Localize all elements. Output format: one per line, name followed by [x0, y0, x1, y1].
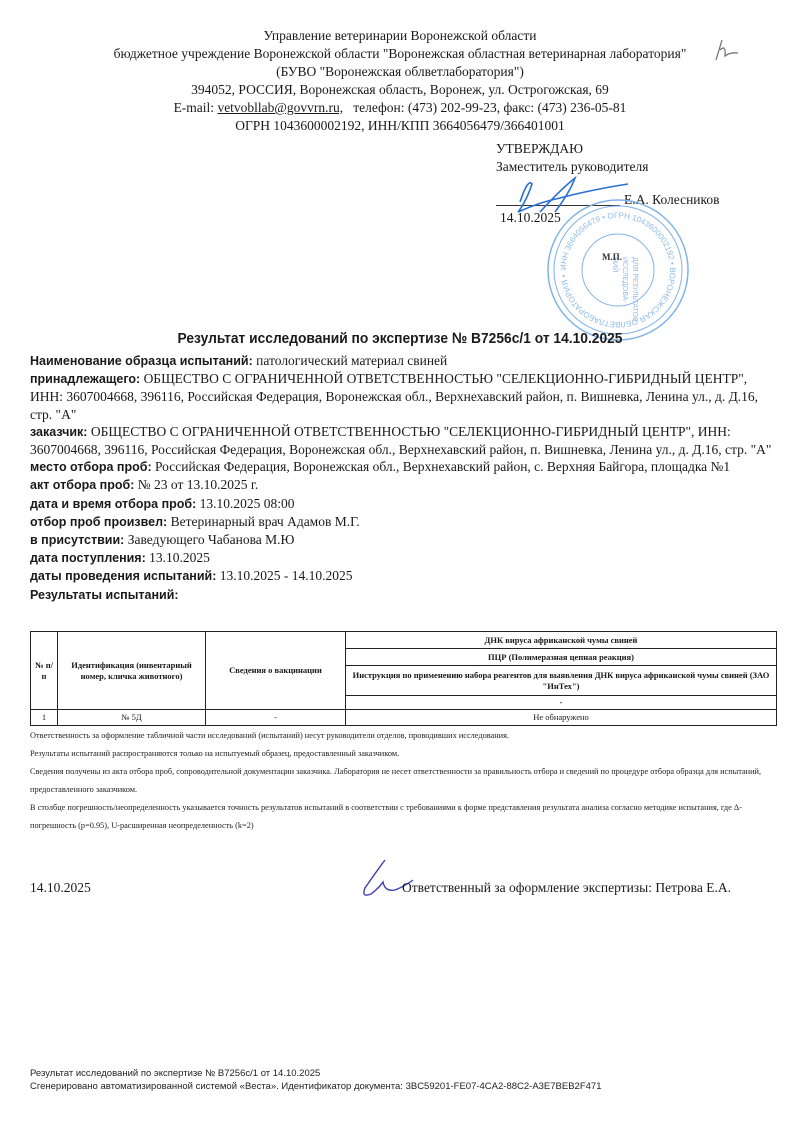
info-test-dates: даты проведения испытаний: 13.10.2025 - … — [30, 567, 780, 585]
table-header-row: № п/п Идентификация (инвентарный номер, … — [31, 632, 777, 649]
phone-fax: телефон: (473) 202-99-23, факс: (473) 23… — [353, 100, 626, 115]
header-contacts: E-mail: vetvobllab@govvrn.ru, телефон: (… — [0, 99, 800, 117]
email-link[interactable]: vetvobllab@govvrn.ru, — [217, 100, 343, 115]
header-analyte: ДНК вируса африканской чумы свиней — [346, 632, 777, 649]
document-title: Результат исследований по экспертизе № В… — [32, 330, 768, 347]
responsible-person: Ответственный за оформление экспертизы: … — [402, 880, 731, 896]
header-units: - — [346, 696, 777, 710]
header-ministry: Управление ветеринарии Воронежской облас… — [0, 27, 800, 45]
note-source: Сведения получены из акта отбора проб, с… — [30, 763, 780, 799]
official-stamp-icon: ИНН 3664056479 • ОГРН 1043600002192 • ВО… — [543, 195, 693, 345]
header-address: 394052, РОССИЯ, Воронежская область, Вор… — [0, 81, 800, 99]
info-sampled-by: отбор проб произвел: Ветеринарный врач А… — [30, 513, 780, 531]
cell-num: 1 — [31, 710, 58, 726]
info-customer: заказчик: ОБЩЕСТВО С ОГРАНИЧЕННОЙ ОТВЕТС… — [30, 423, 780, 458]
info-sampling-place: место отбора проб: Российская Федерация,… — [30, 458, 780, 476]
note-scope: Результаты испытаний распространяются то… — [30, 745, 780, 763]
disclaimer-notes: Ответственность за оформление табличной … — [30, 727, 780, 835]
cell-id: № 5Д — [58, 710, 206, 726]
info-sample-name: Наименование образца испытаний: патологи… — [30, 352, 780, 370]
header-ogrn-inn: ОГРН 1043600002192, ИНН/КПП 3664056479/3… — [0, 117, 800, 135]
email-label: E-mail: — [174, 100, 215, 115]
header-org-name: бюджетное учреждение Воронежской области… — [0, 45, 800, 63]
header-vaccination: Сведения о вакцинации — [206, 632, 346, 710]
sample-info: Наименование образца испытаний: патологи… — [30, 352, 780, 604]
header-identification: Идентификация (инвентарный номер, кличка… — [58, 632, 206, 710]
org-header: Управление ветеринарии Воронежской облас… — [0, 27, 800, 135]
info-sampling-datetime: дата и время отбора проб: 13.10.2025 08:… — [30, 495, 780, 513]
info-results-heading: Результаты испытаний: — [30, 586, 780, 604]
issue-date: 14.10.2025 — [30, 880, 91, 896]
table-row: 1 № 5Д - Не обнаружено — [31, 710, 777, 726]
page-footer: Результат исследований по экспертизе № В… — [30, 1067, 602, 1093]
footer-doc-id: Сгенерировано автоматизированной системо… — [30, 1080, 602, 1093]
info-owner: принадлежащего: ОБЩЕСТВО С ОГРАНИЧЕННОЙ … — [30, 370, 780, 423]
note-responsibility: Ответственность за оформление табличной … — [30, 727, 780, 745]
header-instruction: Инструкция по применению набора реагенто… — [346, 666, 777, 696]
header-num: № п/п — [31, 632, 58, 710]
results-table: № п/п Идентификация (инвентарный номер, … — [30, 631, 777, 726]
header-org-short: (БУВО "Воронежская облветлаборатория") — [0, 63, 800, 81]
approval-label: УТВЕРЖДАЮ — [496, 140, 648, 158]
handwritten-mark-icon — [708, 34, 748, 64]
footer-doc-ref: Результат исследований по экспертизе № В… — [30, 1067, 602, 1080]
stamp-label: М.П. — [602, 252, 622, 262]
header-method: ПЦР (Полимеразная цепная реакция) — [346, 649, 777, 666]
svg-text:ИССЛЕДОВА-: ИССЛЕДОВА- — [621, 257, 628, 303]
cell-vaccination: - — [206, 710, 346, 726]
info-witness: в присутствии: Заведующего Чабанова М.Ю — [30, 531, 780, 549]
svg-text:ДЛЯ РЕЗУЛЬТАТОВ: ДЛЯ РЕЗУЛЬТАТОВ — [631, 257, 638, 322]
info-sampling-act: акт отбора проб: № 23 от 13.10.2025 г. — [30, 476, 780, 494]
note-uncertainty: В столбце погрешность/неопределенность у… — [30, 799, 780, 835]
approval-block: УТВЕРЖДАЮ Заместитель руководителя — [496, 140, 648, 176]
info-received-date: дата поступления: 13.10.2025 — [30, 549, 780, 567]
cell-result: Не обнаружено — [346, 710, 777, 726]
